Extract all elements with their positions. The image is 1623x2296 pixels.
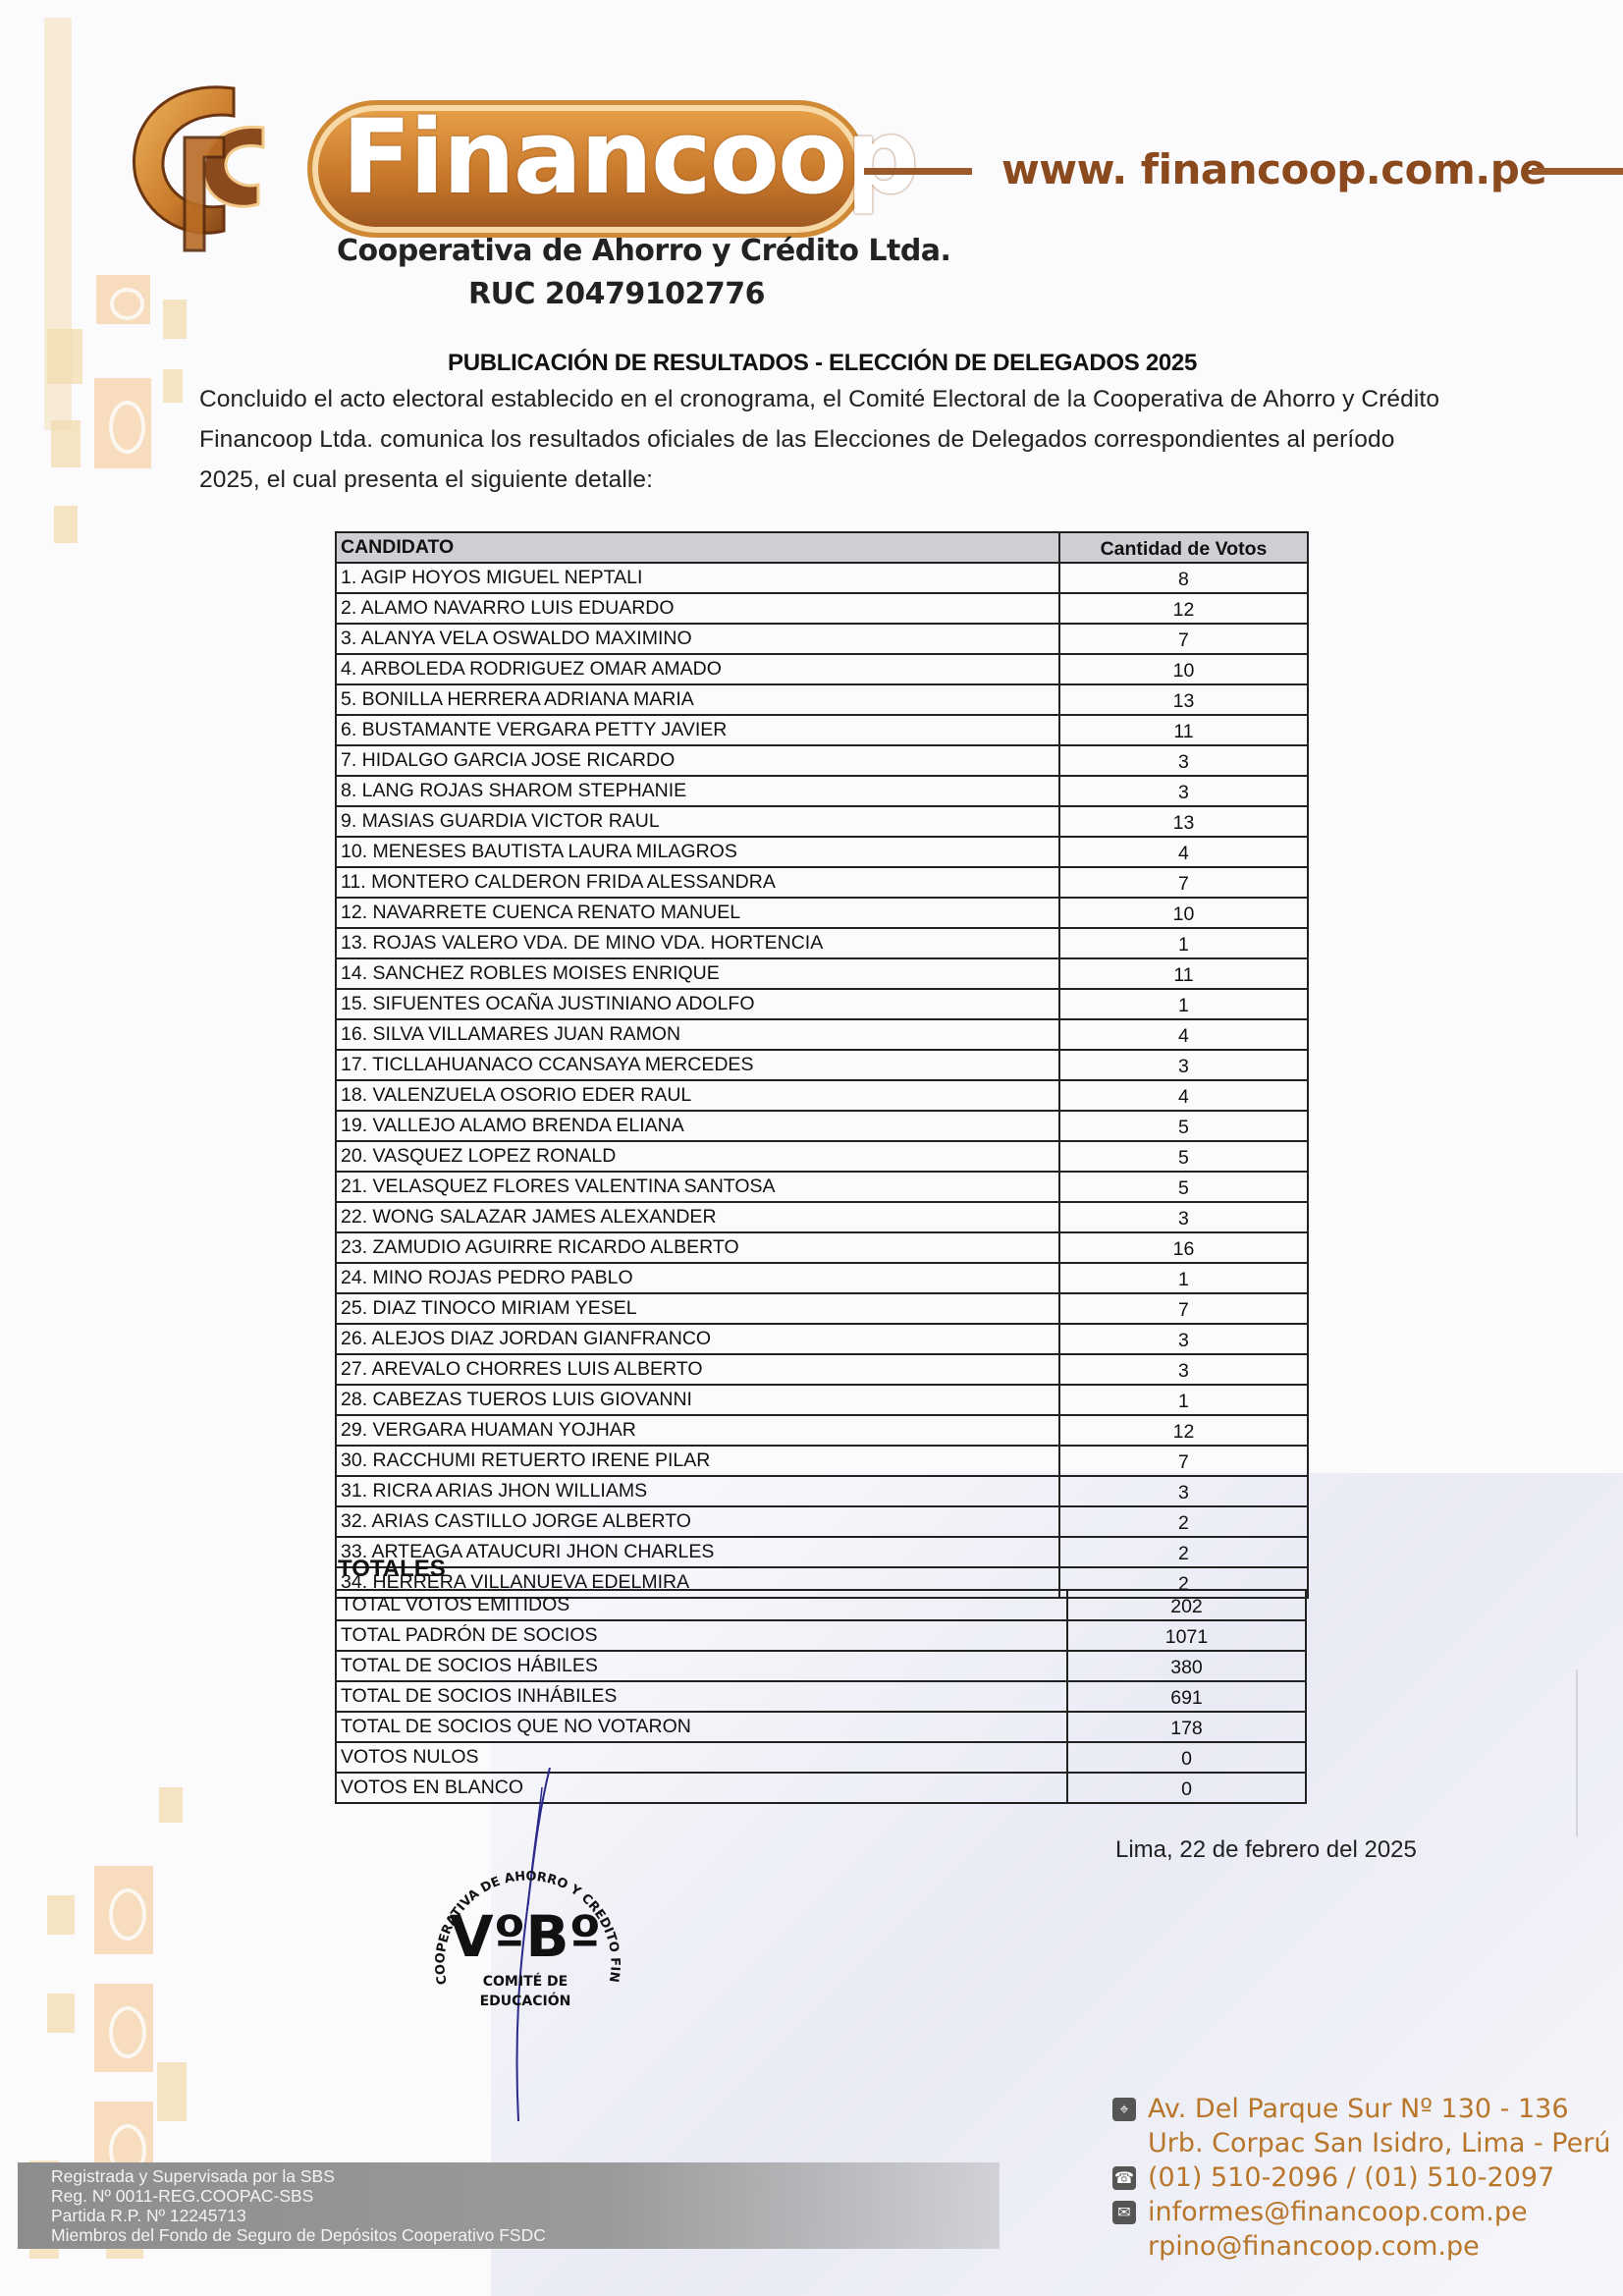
table-row: 17. TICLLAHUANACO CCANSAYA MERCEDES3 bbox=[336, 1050, 1308, 1080]
candidate-votes: 1 bbox=[1059, 1263, 1308, 1293]
table-row: 15. SIFUENTES OCAÑA JUSTINIANO ADOLFO1 bbox=[336, 989, 1308, 1019]
table-row: 12. NAVARRETE CUENCA RENATO MANUEL10 bbox=[336, 898, 1308, 928]
header-rule-right bbox=[1532, 168, 1623, 175]
mail-icon: ✉ bbox=[1112, 2201, 1136, 2224]
table-row: 21. VELASQUEZ FLORES VALENTINA SANTOSA5 bbox=[336, 1172, 1308, 1202]
totals-row: TOTAL DE SOCIOS QUE NO VOTARON178 bbox=[336, 1712, 1306, 1742]
regulatory-line: Reg. Nº 0011-REG.COOPAC-SBS bbox=[51, 2186, 546, 2206]
email-informes[interactable]: informes@financoop.com.pe bbox=[1148, 2195, 1528, 2229]
column-header-votes: Cantidad de Votos bbox=[1059, 532, 1308, 563]
totals-row: TOTAL VOTOS EMITIDOS202 bbox=[336, 1590, 1306, 1620]
candidate-name: 3. ALANYA VELA OSWALDO MAXIMINO bbox=[336, 624, 1059, 654]
table-row: 11. MONTERO CALDERON FRIDA ALESSANDRA7 bbox=[336, 867, 1308, 898]
candidate-votes: 2 bbox=[1059, 1506, 1308, 1537]
candidate-votes: 1 bbox=[1059, 928, 1308, 958]
candidate-votes: 5 bbox=[1059, 1111, 1308, 1141]
intro-paragraph: Concluido el acto electoral establecido … bbox=[199, 379, 1441, 500]
financoop-emblem-icon bbox=[116, 69, 312, 255]
candidate-votes: 4 bbox=[1059, 837, 1308, 867]
table-row: 6. BUSTAMANTE VERGARA PETTY JAVIER11 bbox=[336, 715, 1308, 745]
totals-row: TOTAL PADRÓN DE SOCIOS1071 bbox=[336, 1620, 1306, 1651]
totals-row: TOTAL DE SOCIOS INHÁBILES691 bbox=[336, 1681, 1306, 1712]
candidate-name: 23. ZAMUDIO AGUIRRE RICARDO ALBERTO bbox=[336, 1232, 1059, 1263]
candidate-votes: 4 bbox=[1059, 1080, 1308, 1111]
candidate-name: 30. RACCHUMI RETUERTO IRENE PILAR bbox=[336, 1446, 1059, 1476]
totals-label: TOTAL DE SOCIOS HÁBILES bbox=[336, 1651, 1067, 1681]
email-rpino[interactable]: rpino@financoop.com.pe bbox=[1148, 2229, 1480, 2264]
candidate-name: 18. VALENZUELA OSORIO EDER RAUL bbox=[336, 1080, 1059, 1111]
candidate-name: 14. SANCHEZ ROBLES MOISES ENRIQUE bbox=[336, 958, 1059, 989]
candidate-name: 5. BONILLA HERRERA ADRIANA MARIA bbox=[336, 684, 1059, 715]
candidate-name: 10. MENESES BAUTISTA LAURA MILAGROS bbox=[336, 837, 1059, 867]
candidate-votes: 5 bbox=[1059, 1172, 1308, 1202]
totals-value: 0 bbox=[1067, 1742, 1306, 1773]
regulatory-line: Miembros del Fondo de Seguro de Depósito… bbox=[51, 2225, 546, 2245]
address-row: ⌖ Av. Del Parque Sur Nº 130 - 136 bbox=[1112, 2092, 1610, 2126]
candidate-name: 9. MASIAS GUARDIA VICTOR RAUL bbox=[336, 806, 1059, 837]
table-row: 10. MENESES BAUTISTA LAURA MILAGROS4 bbox=[336, 837, 1308, 867]
totals-heading: TOTALES bbox=[338, 1556, 446, 1583]
candidate-votes: 3 bbox=[1059, 1202, 1308, 1232]
candidate-votes: 7 bbox=[1059, 624, 1308, 654]
table-row: 13. ROJAS VALERO VDA. DE MINO VDA. HORTE… bbox=[336, 928, 1308, 958]
totals-value: 380 bbox=[1067, 1651, 1306, 1681]
candidate-votes: 12 bbox=[1059, 593, 1308, 624]
column-header-candidate: CANDIDATO bbox=[336, 532, 1059, 563]
candidate-name: 7. HIDALGO GARCIA JOSE RICARDO bbox=[336, 745, 1059, 776]
candidate-name: 20. VASQUEZ LOPEZ RONALD bbox=[336, 1141, 1059, 1172]
table-row: 18. VALENZUELA OSORIO EDER RAUL4 bbox=[336, 1080, 1308, 1111]
totals-label: TOTAL DE SOCIOS INHÁBILES bbox=[336, 1681, 1067, 1712]
stamp-line1: COMITÉ DE bbox=[483, 1973, 568, 1990]
regulatory-line: Registrada y Supervisada por la SBS bbox=[51, 2166, 546, 2186]
candidate-votes: 7 bbox=[1059, 867, 1308, 898]
candidate-name: 2. ALAMO NAVARRO LUIS EDUARDO bbox=[336, 593, 1059, 624]
cooperative-name: Cooperativa de Ahorro y Crédito Ltda. bbox=[337, 234, 950, 268]
candidate-votes: 7 bbox=[1059, 1293, 1308, 1324]
table-row: 14. SANCHEZ ROBLES MOISES ENRIQUE11 bbox=[336, 958, 1308, 989]
stamp-vobo: VºBº bbox=[450, 1903, 602, 1970]
ruc-number: RUC 20479102776 bbox=[468, 277, 765, 311]
table-row: 9. MASIAS GUARDIA VICTOR RAUL13 bbox=[336, 806, 1308, 837]
logo-wordmark: Financoop bbox=[342, 106, 917, 208]
totals-row: TOTAL DE SOCIOS HÁBILES380 bbox=[336, 1651, 1306, 1681]
candidate-name: 13. ROJAS VALERO VDA. DE MINO VDA. HORTE… bbox=[336, 928, 1059, 958]
table-row: 20. VASQUEZ LOPEZ RONALD5 bbox=[336, 1141, 1308, 1172]
table-row: 8. LANG ROJAS SHAROM STEPHANIE3 bbox=[336, 776, 1308, 806]
candidate-name: 26. ALEJOS DIAZ JORDAN GIANFRANCO bbox=[336, 1324, 1059, 1354]
table-row: 27. AREVALO CHORRES LUIS ALBERTO3 bbox=[336, 1354, 1308, 1385]
totals-value: 0 bbox=[1067, 1773, 1306, 1803]
stamp-line2: EDUCACIÓN bbox=[480, 1992, 571, 2009]
table-row: 1. AGIP HOYOS MIGUEL NEPTALI8 bbox=[336, 563, 1308, 593]
candidate-name: 19. VALLEJO ALAMO BRENDA ELIANA bbox=[336, 1111, 1059, 1141]
candidate-votes: 4 bbox=[1059, 1019, 1308, 1050]
candidate-votes: 5 bbox=[1059, 1141, 1308, 1172]
totals-value: 691 bbox=[1067, 1681, 1306, 1712]
candidate-votes: 3 bbox=[1059, 776, 1308, 806]
page-title: PUBLICACIÓN DE RESULTADOS - ELECCIÓN DE … bbox=[448, 350, 1197, 377]
table-row: 16. SILVA VILLAMARES JUAN RAMON4 bbox=[336, 1019, 1308, 1050]
candidate-name: 6. BUSTAMANTE VERGARA PETTY JAVIER bbox=[336, 715, 1059, 745]
table-row: 29. VERGARA HUAMAN YOJHAR12 bbox=[336, 1415, 1308, 1446]
candidate-name: 12. NAVARRETE CUENCA RENATO MANUEL bbox=[336, 898, 1059, 928]
totals-value: 178 bbox=[1067, 1712, 1306, 1742]
table-header-row: CANDIDATO Cantidad de Votos bbox=[336, 532, 1308, 563]
candidate-name: 15. SIFUENTES OCAÑA JUSTINIANO ADOLFO bbox=[336, 989, 1059, 1019]
candidate-votes: 10 bbox=[1059, 654, 1308, 684]
address-line-2: Urb. Corpac San Isidro, Lima - Perú bbox=[1148, 2126, 1610, 2160]
candidate-name: 8. LANG ROJAS SHAROM STEPHANIE bbox=[336, 776, 1059, 806]
table-row: 30. RACCHUMI RETUERTO IRENE PILAR7 bbox=[336, 1446, 1308, 1476]
candidate-votes: 7 bbox=[1059, 1446, 1308, 1476]
table-row: 3. ALANYA VELA OSWALDO MAXIMINO7 bbox=[336, 624, 1308, 654]
location-icon: ⌖ bbox=[1112, 2098, 1136, 2121]
totals-label: VOTOS NULOS bbox=[336, 1742, 1067, 1773]
edge-scan-mark bbox=[1576, 1669, 1605, 1836]
table-row: 28. CABEZAS TUEROS LUIS GIOVANNI1 bbox=[336, 1385, 1308, 1415]
candidate-name: 4. ARBOLEDA RODRIGUEZ OMAR AMADO bbox=[336, 654, 1059, 684]
candidate-name: 31. RICRA ARIAS JHON WILLIAMS bbox=[336, 1476, 1059, 1506]
table-row: 31. RICRA ARIAS JHON WILLIAMS3 bbox=[336, 1476, 1308, 1506]
candidate-votes: 11 bbox=[1059, 958, 1308, 989]
table-row: 25. DIAZ TINOCO MIRIAM YESEL7 bbox=[336, 1293, 1308, 1324]
regulatory-info: Registrada y Supervisada por la SBS Reg.… bbox=[51, 2166, 546, 2245]
table-row: 19. VALLEJO ALAMO BRENDA ELIANA5 bbox=[336, 1111, 1308, 1141]
candidate-votes: 11 bbox=[1059, 715, 1308, 745]
candidate-name: 28. CABEZAS TUEROS LUIS GIOVANNI bbox=[336, 1385, 1059, 1415]
candidate-name: 1. AGIP HOYOS MIGUEL NEPTALI bbox=[336, 563, 1059, 593]
contact-block: ⌖ Av. Del Parque Sur Nº 130 - 136 Urb. C… bbox=[1112, 2092, 1610, 2264]
address-row-2: Urb. Corpac San Isidro, Lima - Perú bbox=[1112, 2126, 1610, 2160]
candidate-name: 11. MONTERO CALDERON FRIDA ALESSANDRA bbox=[336, 867, 1059, 898]
candidate-votes: 8 bbox=[1059, 563, 1308, 593]
table-row: 33. ARTEAGA ATAUCURI JHON CHARLES2 bbox=[336, 1537, 1308, 1567]
candidate-votes: 3 bbox=[1059, 1050, 1308, 1080]
table-row: 4. ARBOLEDA RODRIGUEZ OMAR AMADO10 bbox=[336, 654, 1308, 684]
candidate-votes: 12 bbox=[1059, 1415, 1308, 1446]
candidate-votes: 10 bbox=[1059, 898, 1308, 928]
regulatory-line: Partida R.P. Nº 12245713 bbox=[51, 2206, 546, 2225]
approval-stamp: COOPERATIVA DE AHORRO Y CREDITO FINANCOO… bbox=[417, 1836, 633, 2033]
table-row: 23. ZAMUDIO AGUIRRE RICARDO ALBERTO16 bbox=[336, 1232, 1308, 1263]
candidate-name: 17. TICLLAHUANACO CCANSAYA MERCEDES bbox=[336, 1050, 1059, 1080]
candidate-name: 27. AREVALO CHORRES LUIS ALBERTO bbox=[336, 1354, 1059, 1385]
candidate-name: 22. WONG SALAZAR JAMES ALEXANDER bbox=[336, 1202, 1059, 1232]
totals-label: VOTOS EN BLANCO bbox=[336, 1773, 1067, 1803]
table-row: 26. ALEJOS DIAZ JORDAN GIANFRANCO3 bbox=[336, 1324, 1308, 1354]
candidates-table: CANDIDATO Cantidad de Votos 1. AGIP HOYO… bbox=[335, 531, 1309, 1599]
phone-numbers[interactable]: (01) 510-2096 / (01) 510-2097 bbox=[1148, 2160, 1554, 2195]
candidate-votes: 1 bbox=[1059, 1385, 1308, 1415]
header-rule-left bbox=[864, 168, 972, 175]
table-row: 24. MINO ROJAS PEDRO PABLO1 bbox=[336, 1263, 1308, 1293]
candidate-name: 16. SILVA VILLAMARES JUAN RAMON bbox=[336, 1019, 1059, 1050]
candidate-votes: 1 bbox=[1059, 989, 1308, 1019]
candidate-votes: 3 bbox=[1059, 1476, 1308, 1506]
phone-row: ☎ (01) 510-2096 / (01) 510-2097 bbox=[1112, 2160, 1610, 2195]
table-row: 2. ALAMO NAVARRO LUIS EDUARDO12 bbox=[336, 593, 1308, 624]
candidate-name: 29. VERGARA HUAMAN YOJHAR bbox=[336, 1415, 1059, 1446]
totals-label: TOTAL PADRÓN DE SOCIOS bbox=[336, 1620, 1067, 1651]
candidate-name: 25. DIAZ TINOCO MIRIAM YESEL bbox=[336, 1293, 1059, 1324]
table-row: 5. BONILLA HERRERA ADRIANA MARIA13 bbox=[336, 684, 1308, 715]
candidate-votes: 3 bbox=[1059, 745, 1308, 776]
totals-value: 202 bbox=[1067, 1590, 1306, 1620]
candidate-votes: 16 bbox=[1059, 1232, 1308, 1263]
table-row: 22. WONG SALAZAR JAMES ALEXANDER3 bbox=[336, 1202, 1308, 1232]
website-link[interactable]: www. financoop.com.pe bbox=[1001, 145, 1546, 193]
email-row-2: rpino@financoop.com.pe bbox=[1112, 2229, 1610, 2264]
email-row: ✉ informes@financoop.com.pe bbox=[1112, 2195, 1610, 2229]
phone-icon: ☎ bbox=[1112, 2166, 1136, 2190]
candidate-votes: 13 bbox=[1059, 806, 1308, 837]
candidate-votes: 3 bbox=[1059, 1324, 1308, 1354]
address-line-1: Av. Del Parque Sur Nº 130 - 136 bbox=[1148, 2092, 1569, 2126]
candidate-votes: 3 bbox=[1059, 1354, 1308, 1385]
table-row: 7. HIDALGO GARCIA JOSE RICARDO3 bbox=[336, 745, 1308, 776]
candidate-votes: 2 bbox=[1059, 1537, 1308, 1567]
signoff-date: Lima, 22 de febrero del 2025 bbox=[1115, 1836, 1417, 1864]
candidate-name: 32. ARIAS CASTILLO JORGE ALBERTO bbox=[336, 1506, 1059, 1537]
table-row: 32. ARIAS CASTILLO JORGE ALBERTO2 bbox=[336, 1506, 1308, 1537]
totals-value: 1071 bbox=[1067, 1620, 1306, 1651]
candidate-votes: 13 bbox=[1059, 684, 1308, 715]
totals-label: TOTAL DE SOCIOS QUE NO VOTARON bbox=[336, 1712, 1067, 1742]
totals-label: TOTAL VOTOS EMITIDOS bbox=[336, 1590, 1067, 1620]
candidate-name: 24. MINO ROJAS PEDRO PABLO bbox=[336, 1263, 1059, 1293]
candidate-name: 21. VELASQUEZ FLORES VALENTINA SANTOSA bbox=[336, 1172, 1059, 1202]
